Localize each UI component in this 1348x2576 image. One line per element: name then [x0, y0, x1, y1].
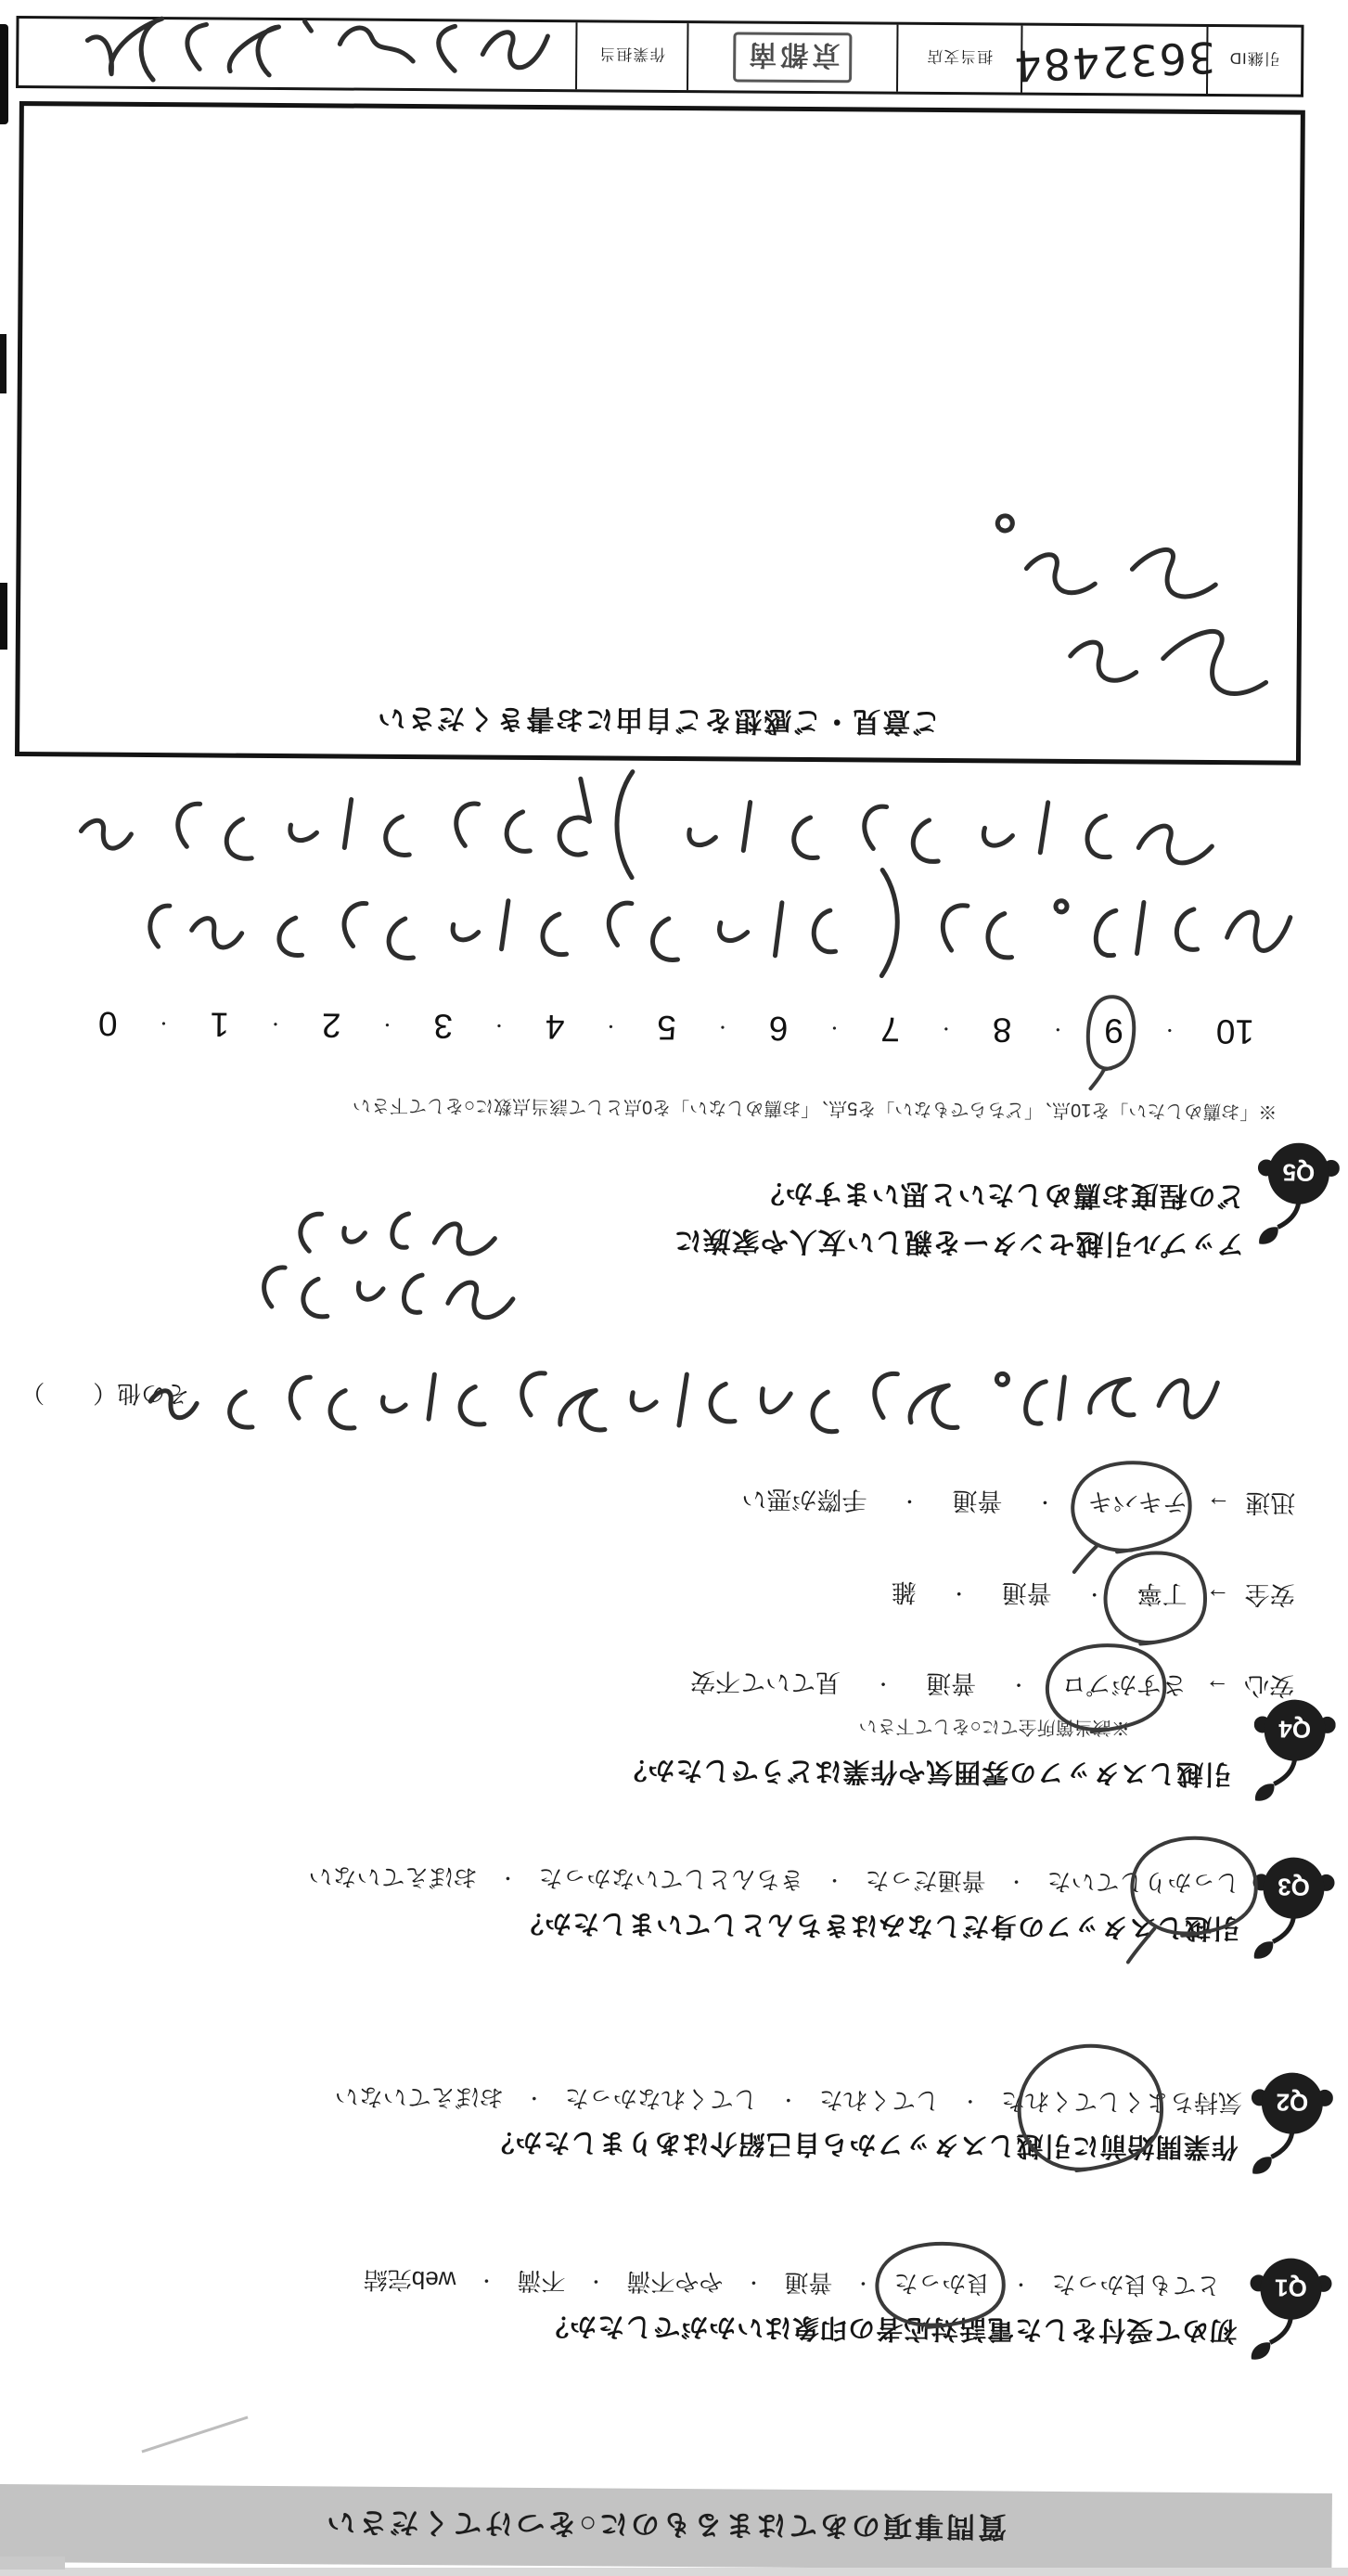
option-separator: ・: [900, 1489, 918, 1516]
handwritten-id-number: 3632484: [1012, 32, 1217, 91]
row-label: 迅速: [1245, 1487, 1295, 1523]
option: 普通だった: [865, 1864, 985, 1900]
option-separator: ・: [874, 1672, 892, 1699]
q2-selected-option: 気持ちよくしてくれた: [1001, 2085, 1242, 2121]
option-separator: ・: [1035, 1490, 1054, 1517]
handwriting-comment-line2: [29, 759, 1236, 893]
field-label: 引継ID: [1229, 49, 1280, 72]
option: とても良かった: [1051, 2269, 1220, 2304]
scan-edge-mark: [0, 24, 8, 124]
option: 普通: [952, 1485, 1002, 1521]
q1-question: 初めて受付をした電話対応者の印象はいかがでしたか？: [541, 2309, 1237, 2351]
scale-separator: ・: [379, 1013, 395, 1037]
scale-separator: ・: [714, 1015, 731, 1039]
scale-value: 2: [322, 1005, 341, 1044]
q4-row-anzen: 安全 → 丁寧 ・ 普通 ・ 雑: [892, 1577, 1295, 1616]
q4-anshin-selected: さすがプロ: [1061, 1668, 1187, 1706]
scale-separator: ・: [267, 1012, 284, 1037]
option: きちんとしていなかった: [538, 1862, 803, 1899]
scale-value: 4: [546, 1007, 565, 1046]
q4-note: ※該当箇所全てに○をして下さい: [859, 1714, 1130, 1743]
q5-rating-scale: 10 ・ 9 ・ 8 ・ 7 ・ 6 ・ 5 ・ 4 ・ 3 ・ 2 ・ 1 ・…: [98, 1004, 1254, 1051]
scale-value: 10: [1216, 1011, 1254, 1050]
branch-stamp: 京都南: [733, 32, 852, 83]
scale-separator: ・: [938, 1017, 955, 1041]
option: おぼえていない: [335, 2080, 504, 2116]
arrow-right-icon: →: [1206, 1490, 1230, 1519]
option-separator: ・: [950, 1581, 969, 1608]
option: 普通: [926, 1668, 976, 1704]
option: やや不満: [626, 2266, 723, 2301]
scale-value: 9: [1104, 1011, 1123, 1050]
q5-selected-score: 9: [1104, 1011, 1123, 1050]
survey-sheet: 質問事項のあてはまるものに○をつけてください Q1 初めて受付をした電話対応者の…: [0, 0, 1348, 2576]
q4-row-jinsoku: 迅速 → テキパキ ・ 普通 ・ 手際が悪い: [741, 1484, 1295, 1524]
scale-value: 6: [769, 1009, 789, 1048]
arrow-right-icon: →: [1206, 1582, 1230, 1611]
q5-note: ※「お薦めしたい」を10点、「どちらでもない」を5点、「お薦めしない」を0点とし…: [353, 1094, 1277, 1127]
option: おぼえていない: [308, 1861, 477, 1896]
q2-badge-label: Q2: [1276, 2089, 1308, 2117]
scan-edge-mark: [0, 334, 6, 393]
q3-options: しっかりしていた ・ 普通だった ・ きちんとしていなかった ・ おぼえていない: [308, 1861, 1239, 1901]
form-title: 質問事項のあてはまるものに○をつけてください: [324, 2505, 1007, 2551]
option: 良かった: [893, 2270, 990, 2299]
field-label: 作業担当: [598, 45, 665, 69]
option: 不満: [517, 2265, 565, 2299]
option-separator: ・: [744, 2271, 763, 2298]
handwriting-comment-line3: [927, 499, 1328, 725]
scale-value: 0: [98, 1004, 118, 1043]
q4-row-anshin: 安心 → さすがプロ ・ 普通 ・ 見ていて不安: [690, 1666, 1294, 1707]
q4-mascot-badge: Q4: [1253, 1693, 1336, 1803]
q1-selected-option: 良かった: [893, 2268, 990, 2303]
option: 気持ちよくしてくれた: [1001, 2087, 1242, 2117]
option-separator: ・: [1011, 2273, 1030, 2299]
option: 普通: [784, 2267, 832, 2301]
scan-paper-edge: [0, 2568, 1348, 2576]
cell-branch-stamp: 京都南: [688, 23, 898, 92]
q4-jinsoku-selected: テキパキ: [1087, 1486, 1188, 1523]
option: 手際が悪い: [741, 1484, 867, 1521]
scale-separator: ・: [155, 1011, 172, 1036]
option: テキパキ: [1087, 1488, 1188, 1516]
option: 丁寧: [1137, 1579, 1188, 1607]
q3-selected-option: しっかりしていた: [1046, 1866, 1239, 1901]
option: してくれた: [819, 2084, 940, 2119]
leaf-icon: [1252, 2157, 1272, 2174]
option-separator: ・: [1007, 1870, 1025, 1897]
q4-question: 引越しスタッフの雰囲気や作業はどうでしたか？: [619, 1753, 1231, 1796]
cell-hikitsugi-id-value: 3632484: [1022, 26, 1208, 94]
cell-hikitsugi-id-label: 引継ID: [1208, 27, 1302, 95]
q5-question-line1: アップル引越センターを親しい友人や家族に: [674, 1223, 1245, 1268]
q2-mascot-badge: Q2: [1251, 2066, 1333, 2176]
q2-options: 気持ちよくしてくれた ・ してくれた ・ してくれなかった ・ おぼえていない: [335, 2080, 1242, 2121]
cell-branch-label: 担当支店: [898, 25, 1022, 93]
q5-question-line2: どの程度お薦めしたいと思いますか？: [756, 1176, 1245, 1220]
q4-badge-label: Q4: [1278, 1716, 1311, 1744]
q2-question: 作業開始前に引越しスタッフから自己紹介はありましたか？: [486, 2125, 1238, 2169]
q3-question: 引越しスタッフの身だしなみはきちんとしていましたか？: [516, 1906, 1239, 1949]
q1-options: とても良かった ・ 良かった ・ 普通 ・ やや不満 ・ 不満 ・ web完結: [364, 2264, 1221, 2304]
footer-info-table: 引継ID 3632484 担当支店 京都南 作業担当: [16, 16, 1304, 97]
scale-separator: ・: [826, 1016, 842, 1040]
q1-mascot-badge: Q1: [1250, 2251, 1332, 2362]
option-separator: ・: [1085, 1582, 1104, 1609]
handwriting-q4-other-line1: [81, 1338, 1241, 1462]
leaf-icon: [1252, 2342, 1271, 2360]
row-label: 安心: [1244, 1669, 1294, 1706]
scale-separator: ・: [1049, 1018, 1066, 1042]
scale-value: 1: [210, 1005, 229, 1044]
option: してくれなかった: [565, 2082, 758, 2118]
scan-edge-mark: [0, 583, 7, 650]
option-separator: ・: [525, 2086, 544, 2113]
scale-value: 7: [880, 1010, 900, 1049]
option-separator: ・: [825, 1868, 843, 1895]
option: 雑: [892, 1577, 917, 1613]
scale-separator: ・: [602, 1014, 619, 1038]
option-separator: ・: [854, 2271, 872, 2298]
scale-value: 8: [993, 1010, 1012, 1049]
scale-separator: ・: [1162, 1019, 1178, 1043]
scale-value: 3: [433, 1006, 453, 1045]
q3-badge-label: Q3: [1277, 1874, 1310, 1901]
scale-separator: ・: [491, 1014, 507, 1038]
option-separator: ・: [477, 2269, 495, 2296]
q5-mascot-badge: Q5: [1257, 1136, 1340, 1246]
option: 普通: [1002, 1577, 1052, 1613]
handwriting-staff-name: [19, 10, 576, 97]
q4-anzen-selected: 丁寧: [1137, 1578, 1188, 1614]
leaf-icon: [1255, 1784, 1275, 1801]
leaf-icon: [1254, 1941, 1274, 1959]
field-label: 担当支店: [926, 46, 993, 71]
option-separator: ・: [586, 2269, 605, 2296]
option-separator: ・: [498, 1866, 517, 1893]
row-label: 安全: [1245, 1578, 1295, 1615]
leaf-icon: [1259, 1227, 1278, 1244]
option-separator: ・: [779, 2088, 798, 2115]
handwriting-q4-other-line2: [123, 1199, 533, 1341]
option: しっかりしていた: [1046, 1868, 1239, 1897]
scan-paper-corner-shadow: [0, 2557, 65, 2570]
option: web完結: [364, 2264, 456, 2299]
q5-badge-label: Q5: [1282, 1159, 1315, 1187]
cell-staff-name: [19, 19, 577, 89]
q3-mascot-badge: Q3: [1252, 1850, 1335, 1961]
scale-value: 5: [657, 1008, 676, 1047]
arrow-right-icon: →: [1205, 1673, 1229, 1702]
option: 見ていて不安: [690, 1666, 841, 1703]
q1-badge-label: Q1: [1275, 2274, 1307, 2302]
cell-staff-label: 作業担当: [577, 22, 688, 90]
option: さすがプロ: [1061, 1670, 1187, 1699]
option-separator: ・: [1009, 1673, 1028, 1700]
option-separator: ・: [961, 2089, 980, 2116]
form-title-bar: 質問事項のあてはまるものに○をつけてください: [0, 2484, 1332, 2571]
